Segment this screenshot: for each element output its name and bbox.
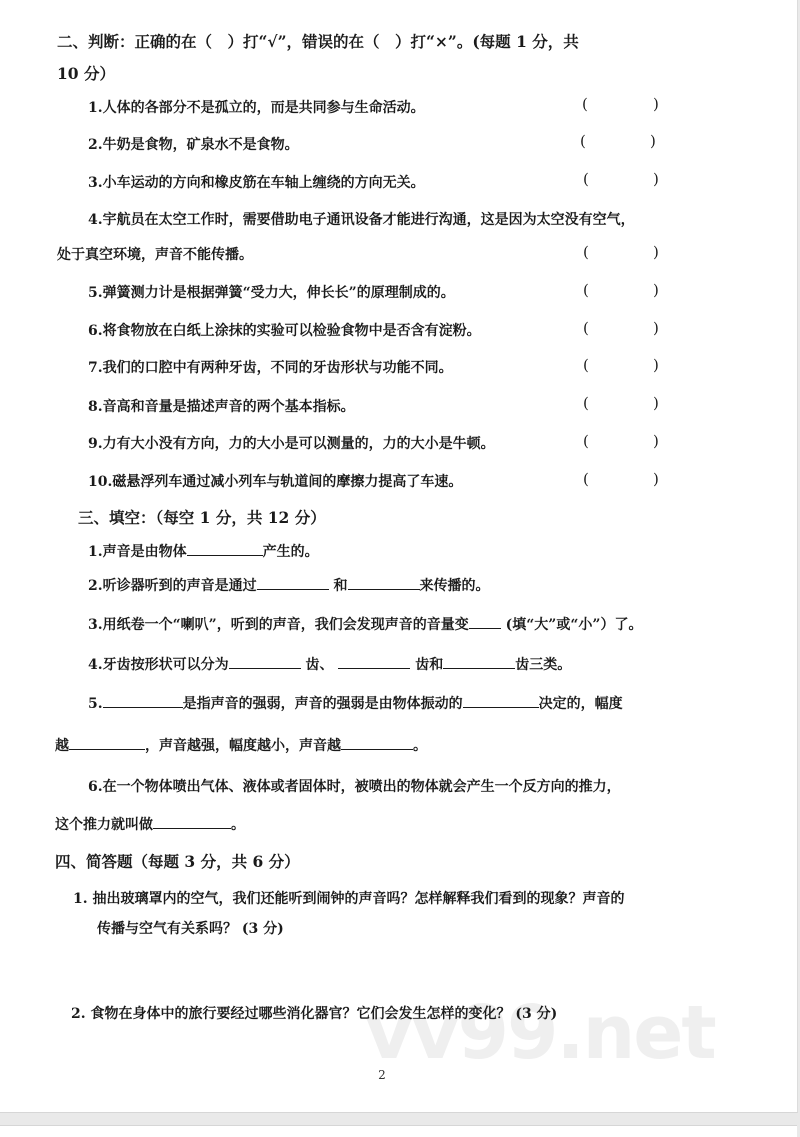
answer-paren-left: ( <box>583 243 589 261</box>
judgement-item-9: 9.力有大小没有方向，力的大小是可以测量的，力的大小是牛顿。 <box>88 433 495 453</box>
answer-paren-left: ( <box>582 95 588 113</box>
next-page-edge <box>0 1125 797 1137</box>
answer-paren-right: ) <box>653 394 659 412</box>
short-answer-1-line2: 传播与空气有关系吗？ (3 分) <box>97 918 284 938</box>
answer-blank[interactable] <box>153 814 231 829</box>
answer-blank[interactable] <box>69 735 145 750</box>
answer-blank[interactable] <box>348 575 420 590</box>
answer-blank[interactable] <box>338 654 410 669</box>
answer-paren-right: ) <box>653 95 659 113</box>
answer-paren-right: ) <box>653 319 659 337</box>
answer-paren-left: ( <box>583 394 589 412</box>
judgement-item-8: 8.音高和音量是描述声音的两个基本指标。 <box>88 396 355 416</box>
fill-question-1: 1.声音是由物体产生的。 <box>88 541 319 561</box>
short-answer-2: 2. 食物在身体中的旅行要经过哪些消化器官？它们会发生怎样的变化？ (3 分) <box>71 1003 557 1023</box>
answer-paren-left: ( <box>583 281 589 299</box>
section2-title-line1: 二、判断：正确的在（ ）打“√”，错误的在（ ）打“×”。(每题 1 分，共 <box>57 30 579 52</box>
answer-paren-left: ( <box>583 356 589 374</box>
fill-question-5-cont: 越，声音越强，幅度越小，声音越。 <box>55 735 427 755</box>
answer-paren-left: ( <box>583 432 589 450</box>
judgement-item-4-cont: 处于真空环境，声音不能传播。 <box>57 244 253 264</box>
fill-question-6: 6.在一个物体喷出气体、液体或者固体时，被喷出的物体就会产生一个反方向的推力， <box>88 776 621 796</box>
answer-blank[interactable] <box>341 735 413 750</box>
fill-question-3: 3.用纸卷一个“喇叭”，听到的声音，我们会发现声音的音量变 (填“大”或“小”）… <box>88 614 642 634</box>
short-answer-1-line1: 1. 抽出玻璃罩内的空气，我们还能听到闹钟的声音吗？怎样解释我们看到的现象？声音… <box>73 888 625 908</box>
answer-paren-right: ) <box>653 356 659 374</box>
fill-question-6-cont: 这个推力就叫做。 <box>55 814 245 834</box>
section4-title: 四、简答题（每题 3 分，共 6 分） <box>55 850 300 872</box>
section2-title-line2: 10 分） <box>57 62 115 84</box>
answer-blank[interactable] <box>103 693 183 708</box>
judgement-item-2: 2.牛奶是食物，矿泉水不是食物。 <box>88 134 299 154</box>
document-page: vv99.net 二、判断：正确的在（ ）打“√”，错误的在（ ）打“×”。(每… <box>0 0 798 1113</box>
answer-paren-left: ( <box>583 170 589 188</box>
answer-blank[interactable] <box>187 541 263 556</box>
judgement-item-3: 3.小车运动的方向和橡皮筋在车轴上缠绕的方向无关。 <box>88 172 425 192</box>
answer-paren-left: ( <box>583 319 589 337</box>
answer-paren-right: ) <box>653 243 659 261</box>
answer-blank[interactable] <box>463 693 539 708</box>
answer-blank[interactable] <box>443 654 515 669</box>
answer-paren-right: ) <box>653 432 659 450</box>
judgement-item-1: 1.人体的各部分不是孤立的，而是共同参与生命活动。 <box>88 97 425 117</box>
answer-paren-left: ( <box>583 470 589 488</box>
judgement-item-5: 5.弹簧测力计是根据弹簧“受力大，伸长长”的原理制成的。 <box>88 282 455 302</box>
answer-blank[interactable] <box>229 654 301 669</box>
answer-paren-left: ( <box>580 132 586 150</box>
judgement-item-4: 4.宇航员在太空工作时，需要借助电子通讯设备才能进行沟通，这是因为太空没有空气， <box>88 209 635 229</box>
answer-blank[interactable] <box>257 575 329 590</box>
answer-paren-right: ) <box>653 281 659 299</box>
fill-question-2: 2.听诊器听到的声音是通过 和来传播的。 <box>88 575 490 595</box>
judgement-item-6: 6.将食物放在白纸上涂抹的实验可以检验食物中是否含有淀粉。 <box>88 320 481 340</box>
answer-blank[interactable] <box>469 614 501 629</box>
answer-paren-right: ) <box>653 170 659 188</box>
judgement-item-10: 10.磁悬浮列车通过减小列车与轨道间的摩擦力提高了车速。 <box>88 471 462 491</box>
section3-title: 三、填空：（每空 1 分，共 12 分） <box>78 506 326 528</box>
fill-question-4: 4.牙齿按形状可以分为 齿、 齿和齿三类。 <box>88 654 571 674</box>
page-number: 2 <box>252 1068 512 1082</box>
answer-paren-right: ) <box>653 470 659 488</box>
fill-question-5: 5.是指声音的强弱，声音的强弱是由物体振动的决定的，幅度 <box>88 693 623 713</box>
judgement-item-7: 7.我们的口腔中有两种牙齿，不同的牙齿形状与功能不同。 <box>88 357 453 377</box>
answer-paren-right: ) <box>650 132 656 150</box>
